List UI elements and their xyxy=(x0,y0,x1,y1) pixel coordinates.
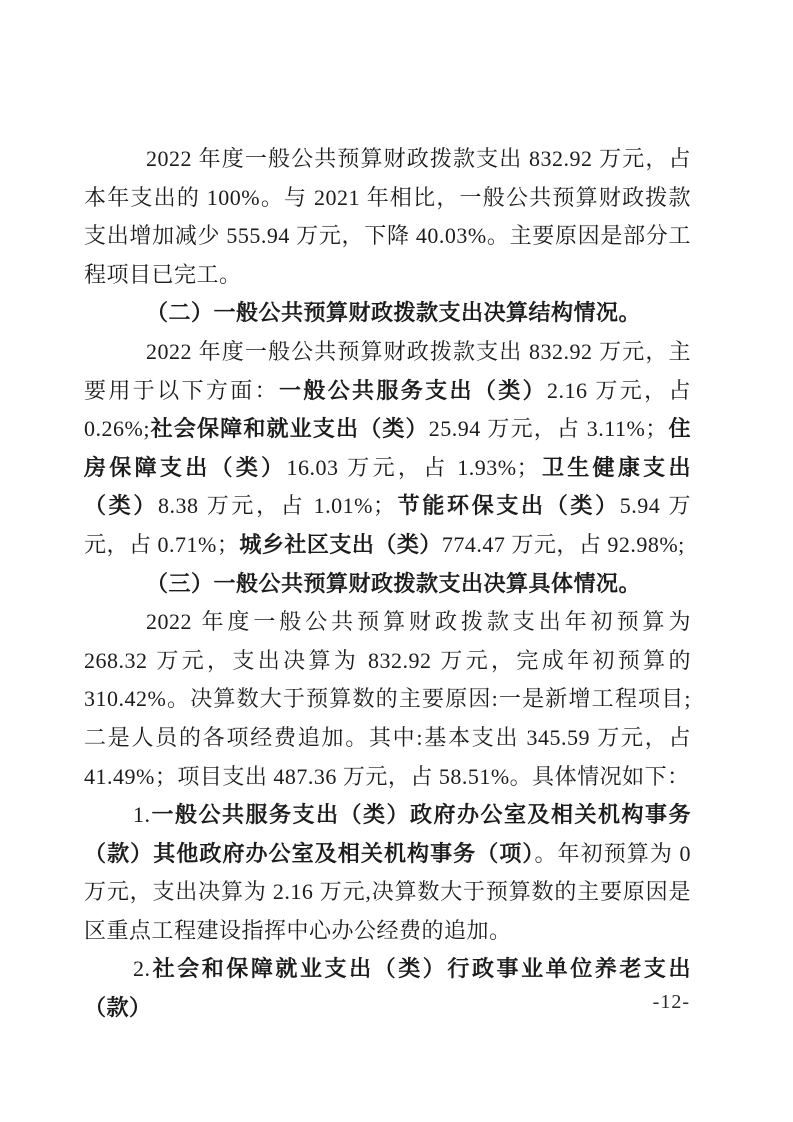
emphasis-text: 节能环保支出（类） xyxy=(395,493,619,518)
body-paragraph: 2022 年度一般公共预算财政拨款支出 832.92 万元，主要用于以下方面：一… xyxy=(84,333,691,565)
text-run: 2022 年度一般公共预算财政拨款支出 832.92 万元，占本年支出的 100… xyxy=(84,146,691,287)
emphasis-text: 社会和保障就业支出（类）行政事业单位养老支出（款） xyxy=(84,956,691,1020)
section-heading: （三）一般公共预算财政拨款支出决算具体情况。 xyxy=(84,565,691,604)
emphasis-text: 一般公共服务支出（类） xyxy=(279,378,547,403)
emphasis-text: （三）一般公共预算财政拨款支出决算具体情况。 xyxy=(146,571,641,596)
text-run: 2022 年度一般公共预算财政拨款支出年初预算为 268.32 万元，支出决算为… xyxy=(84,609,691,788)
text-run: 2. xyxy=(133,956,151,981)
body-paragraph: 2022 年度一般公共预算财政拨款支出年初预算为 268.32 万元，支出决算为… xyxy=(84,603,691,796)
text-run: 16.03 万元，占 1.93%； xyxy=(286,455,539,480)
text-run: 1. xyxy=(133,802,151,827)
page-number: -12- xyxy=(653,990,690,1014)
text-run: 25.94 万元，占 3.11%； xyxy=(429,416,668,441)
numbered-item-paragraph: 1.一般公共服务支出（类）政府办公室及相关机构事务（款）其他政府办公室及相关机构… xyxy=(84,796,691,950)
numbered-item-paragraph: 2.社会和保障就业支出（类）行政事业单位养老支出（款） xyxy=(84,950,691,1027)
section-heading: （二）一般公共预算财政拨款支出决算结构情况。 xyxy=(84,294,691,333)
emphasis-text: 城乡社区支出（类） xyxy=(239,532,442,557)
document-body: 2022 年度一般公共预算财政拨款支出 832.92 万元，占本年支出的 100… xyxy=(84,140,691,1028)
emphasis-text: （二）一般公共预算财政拨款支出决算结构情况。 xyxy=(146,300,641,325)
emphasis-text: 社会保障和就业支出（类） xyxy=(150,416,429,441)
document-page: 2022 年度一般公共预算财政拨款支出 832.92 万元，占本年支出的 100… xyxy=(0,0,793,1122)
text-run: 774.47 万元，占 92.98%; xyxy=(442,532,685,557)
text-run: 8.38 万元，占 1.01%； xyxy=(158,493,395,518)
body-paragraph: 2022 年度一般公共预算财政拨款支出 832.92 万元，占本年支出的 100… xyxy=(84,140,691,294)
